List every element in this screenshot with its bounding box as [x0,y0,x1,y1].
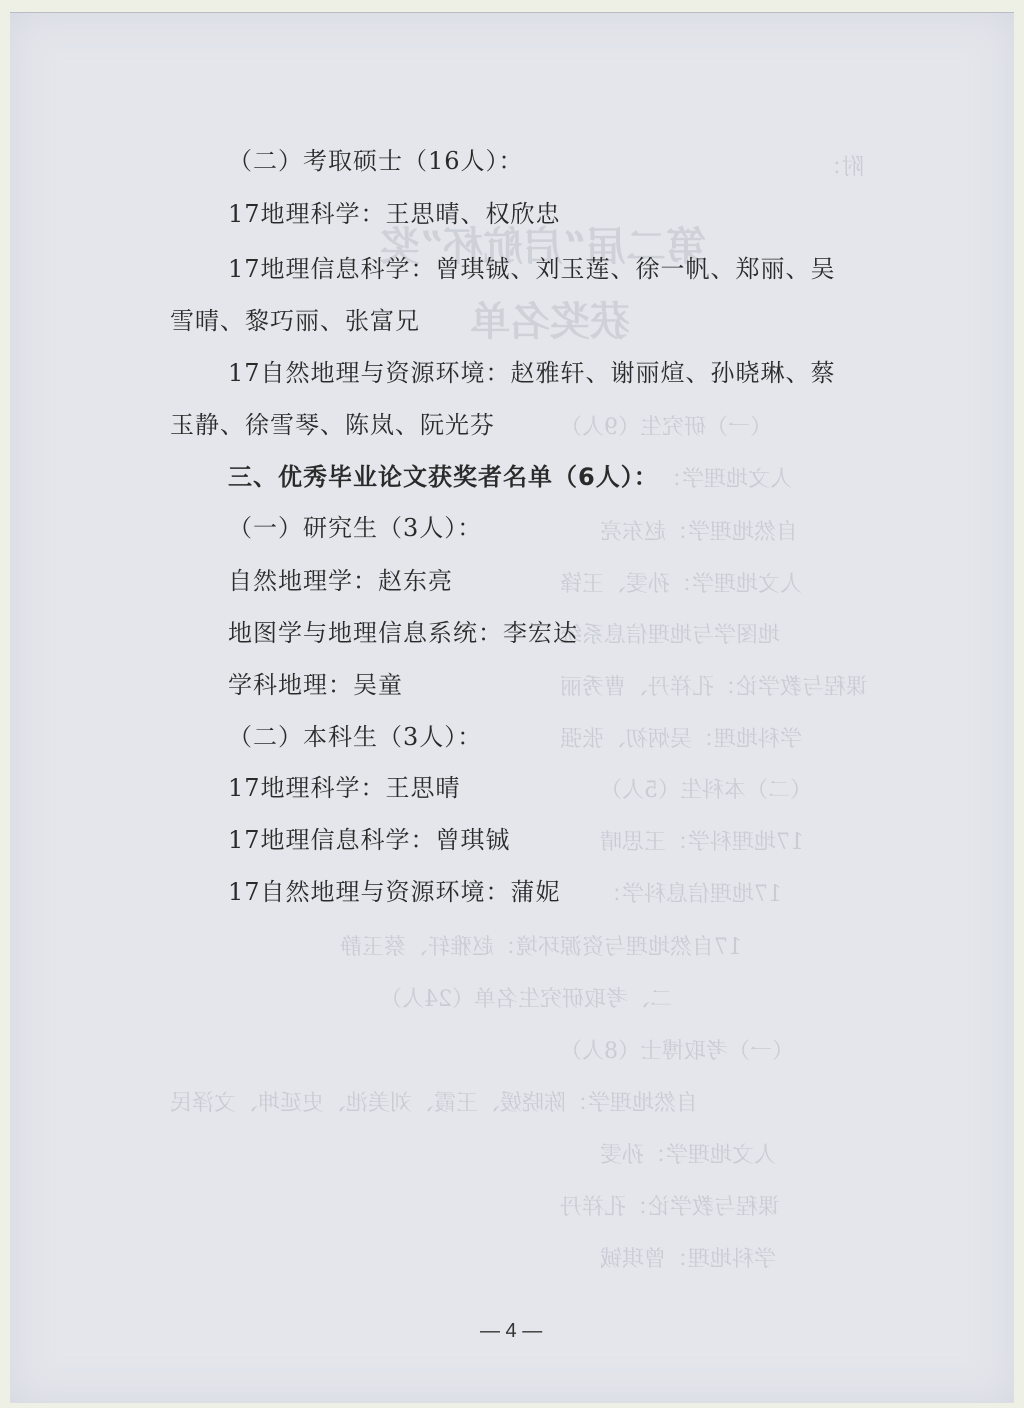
bleed-through-text: 学科地理：吴炳初、张强 [560,722,802,753]
bleed-through-text: 获奖名单 [470,290,630,347]
document-line: 地图学与地理信息系统：李宏达 [228,618,578,648]
bleed-through-text: 地图学与地理信息系统 [560,618,780,649]
bleed-through-text: 自然地理学：陈晓媛、王霞、刘美池、史延坤、文泽民 [170,1086,698,1117]
bleed-through-text: 人文地理学： [660,462,792,493]
section-heading: 三、优秀毕业论文获奖者名单（6人）： [228,462,659,492]
bleed-through-text: 17地理科学：王思晴 [600,825,804,856]
document-line: 自然地理学：赵东亮 [228,566,453,596]
document-line: （一）研究生（3人）： [228,513,482,543]
document-line: 17地理信息科学：曾琪铖、刘玉莲、徐一帆、郑丽、吴 [228,254,836,284]
document-line: 17自然地理与资源环境：蒲妮 [228,877,561,907]
document-line: 玉静、徐雪琴、陈岚、阮光芬 [170,410,495,440]
bleed-through-text: 自然地理学：赵东亮 [600,515,798,546]
bleed-through-text: 附： [820,150,864,181]
bleed-through-text: 二、考取研究生名单（24人） [380,982,672,1013]
document-line: 雪晴、黎巧丽、张富兄 [170,306,420,336]
bleed-through-text: 人文地理学：孙雯、王锋 [560,567,802,598]
document-line: 17地理信息科学：曾琪铖 [228,825,511,855]
bleed-through-text: 17地理信息科学： [600,877,782,908]
document-line: （二）考取硕士（16人）： [228,146,524,176]
bleed-through-text: （一）考取博士（8人） [560,1034,794,1065]
page-number: — 4 — [480,1320,542,1343]
bleed-through-text: 17自然地理与资源环境：赵雅轩、蔡玉静 [340,930,742,961]
document-line: 17地理科学：王思晴 [228,773,461,803]
bleed-through-text: 学科地理：曾琪铖 [600,1242,776,1273]
bleed-through-text: 人文地理学：孙雯 [600,1138,776,1169]
bleed-through-text: 课程与教学论：孔祥丹 [560,1190,780,1221]
bleed-through-text: （一）研究生（9人） [560,410,772,441]
document-line: 17自然地理与资源环境：赵雅轩、谢丽煊、孙晓琳、蔡 [228,358,836,388]
document-line: （二）本科生（3人）： [228,722,482,752]
bleed-through-text: （二）本科生（5人） [600,773,812,804]
document-line: 17地理科学：王思晴、权欣忠 [228,199,561,229]
bleed-through-text: 课程与教学论：孔祥丹、曹秀丽 [560,670,868,701]
document-line: 学科地理：吴童 [228,670,403,700]
